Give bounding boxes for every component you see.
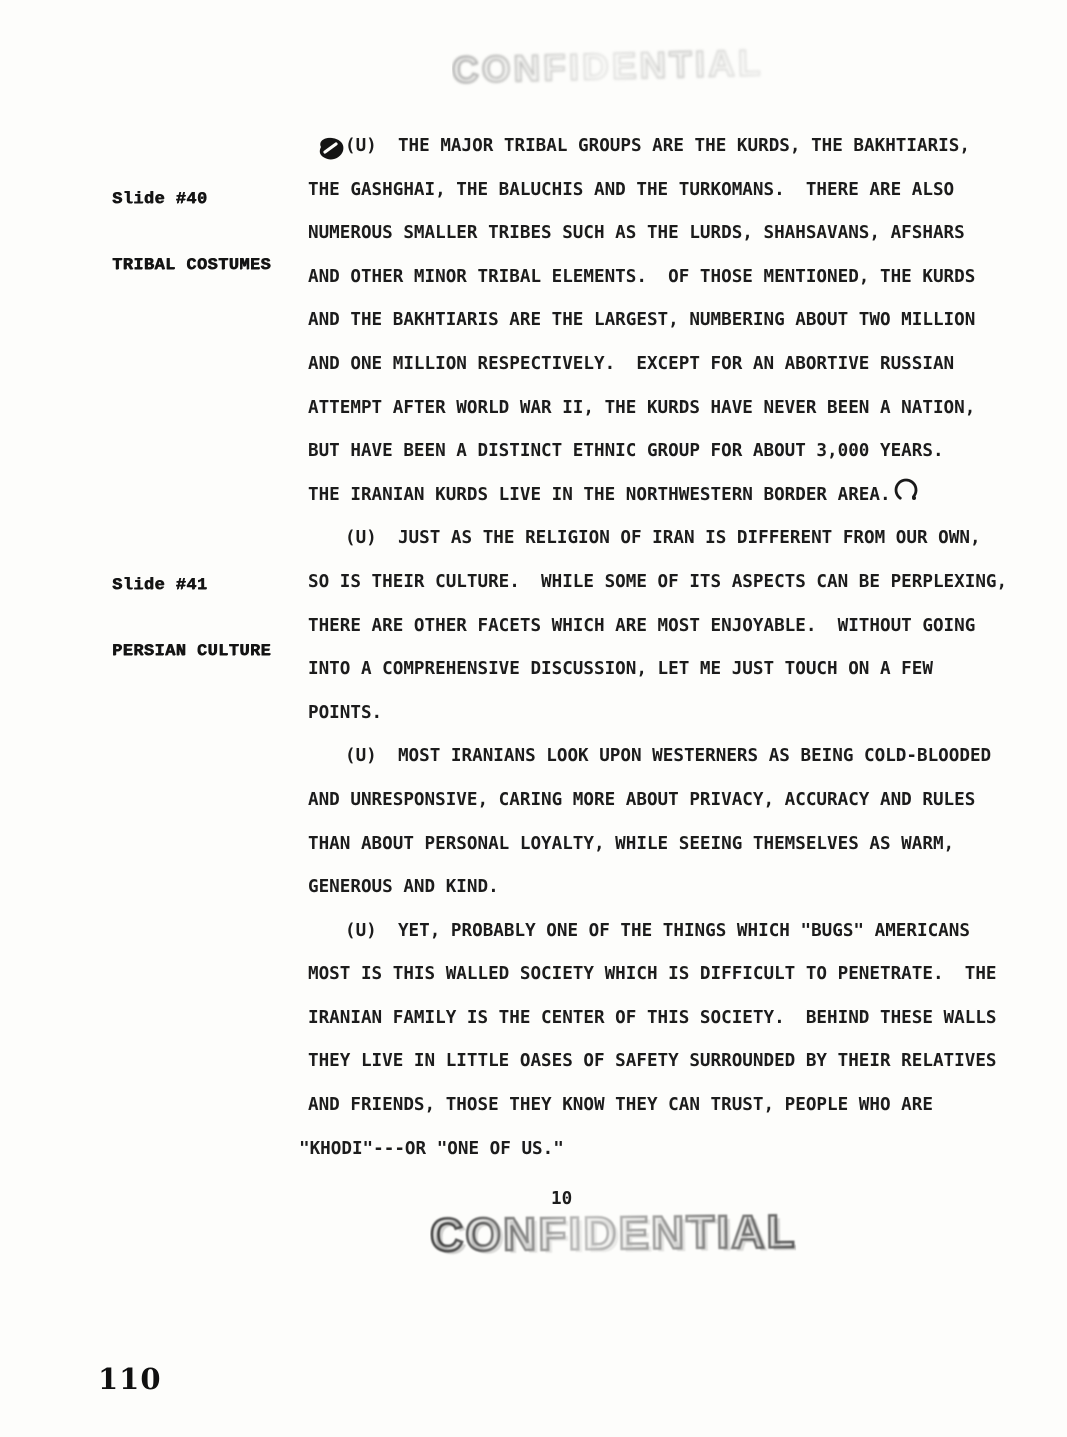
text-line: AND ONE MILLION RESPECTIVELY. EXCEPT FOR… — [308, 343, 1028, 387]
margin-label-slide-40: Slide #40 TRIBAL COSTUMES — [112, 145, 271, 321]
text-line: IRANIAN FAMILY IS THE CENTER OF THIS SOC… — [308, 997, 1028, 1041]
text-line: BUT HAVE BEEN A DISTINCT ETHNIC GROUP FO… — [308, 430, 1028, 474]
margin-label-slide-41: Slide #41 PERSIAN CULTURE — [112, 531, 271, 707]
text-line: SO IS THEIR CULTURE. WHILE SOME OF ITS A… — [308, 561, 1028, 605]
text-line: (U) YET, PROBABLY ONE OF THE THINGS WHIC… — [308, 910, 1028, 954]
text-line: AND UNRESPONSIVE, CARING MORE ABOUT PRIV… — [308, 779, 1028, 823]
text-line: (U) THE MAJOR TRIBAL GROUPS ARE THE KURD… — [308, 125, 1028, 169]
text-line: THAN ABOUT PERSONAL LOYALTY, WHILE SEEIN… — [308, 823, 1028, 867]
text-line: INTO A COMPREHENSIVE DISCUSSION, LET ME … — [308, 648, 1028, 692]
text-line: MOST IS THIS WALLED SOCIETY WHICH IS DIF… — [308, 953, 1028, 997]
folio-number: 110 — [98, 1362, 162, 1396]
text-line: AND FRIENDS, THOSE THEY KNOW THEY CAN TR… — [308, 1084, 1028, 1128]
text-line: (U) JUST AS THE RELIGION OF IRAN IS DIFF… — [308, 517, 1028, 561]
text-line: (U) MOST IRANIANS LOOK UPON WESTERNERS A… — [308, 735, 1028, 779]
text-line: ATTEMPT AFTER WORLD WAR II, THE KURDS HA… — [308, 387, 1028, 431]
text-line: AND THE BAKHTIARIS ARE THE LARGEST, NUMB… — [308, 299, 1028, 343]
slide-40-title: Slide #40 — [112, 189, 271, 211]
page-number: 10 — [551, 1189, 572, 1209]
slide-41-title: Slide #41 — [112, 575, 271, 597]
slide-40-subtitle: TRIBAL COSTUMES — [112, 255, 271, 277]
confidential-stamp-top: CONFIDENTIAL — [452, 42, 764, 92]
text-line: POINTS. — [308, 692, 1028, 736]
text-line: GENEROUS AND KIND. — [308, 866, 1028, 910]
text-line: THE GASHGHAI, THE BALUCHIS AND THE TURKO… — [308, 169, 1028, 213]
text-line: AND OTHER MINOR TRIBAL ELEMENTS. OF THOS… — [308, 256, 1028, 300]
confidential-stamp-bottom: CONFIDENTIAL — [430, 1204, 797, 1262]
text-line: THERE ARE OTHER FACETS WHICH ARE MOST EN… — [308, 605, 1028, 649]
text-line: THE IRANIAN KURDS LIVE IN THE NORTHWESTE… — [308, 474, 1028, 518]
slide-41-subtitle: PERSIAN CULTURE — [112, 641, 271, 663]
text-line: NUMEROUS SMALLER TRIBES SUCH AS THE LURD… — [308, 212, 1028, 256]
text-line: THEY LIVE IN LITTLE OASES OF SAFETY SURR… — [308, 1040, 1028, 1084]
text-line: "KHODI"---OR "ONE OF US." — [299, 1128, 1028, 1172]
document-page: CONFIDENTIAL CONFIDENTIAL Slide #40 TRIB… — [0, 0, 1067, 1437]
body-text: (U) THE MAJOR TRIBAL GROUPS ARE THE KURD… — [308, 125, 1028, 1171]
